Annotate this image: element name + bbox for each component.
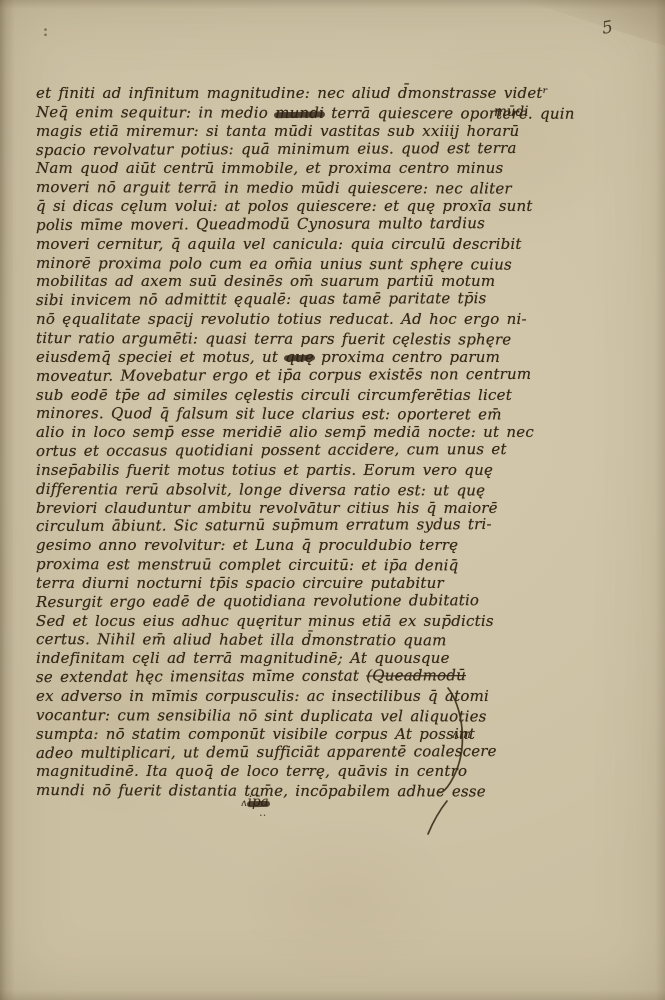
- manuscript-line: certus. Nihil em̄ aliud habet illa d̄mon…: [36, 630, 488, 650]
- line-text: gesimo anno revolvitur: et Luna q̄ procu…: [36, 536, 458, 554]
- margin-note: mūdi: [494, 104, 528, 120]
- line-text: alio in loco semp̄ esse meridiē alio sem…: [36, 423, 534, 441]
- manuscript-line: polis mīme moveri. Queadmodū Cynosura mu…: [36, 214, 488, 235]
- line-text: titur ratio argumēti: quasi terra pars f…: [36, 329, 511, 348]
- manuscript-line: circulum ābiunt. Sic saturnū sup̄mum err…: [36, 515, 488, 536]
- manuscript-line: et finiti ad infinitum magnitudine: nec …: [36, 84, 488, 103]
- manuscript-line: proxima est menstruū complet circuitū: e…: [36, 555, 488, 575]
- margin-bracket-mark: [426, 680, 490, 842]
- manuscript-line: minorē proxima polo cum ea om̄ia unius s…: [36, 254, 488, 274]
- line-text: Nam quod aiūt centrū immobile, et proxim…: [36, 159, 503, 177]
- line-text: magnitudinē. Ita quoq̄ de loco terrę, qu…: [36, 762, 467, 780]
- line-text: ortus et occasus quotidiani possent acci…: [36, 440, 507, 460]
- line-text: Resurgit ergo eadē de quotidiana revolut…: [36, 591, 479, 611]
- manuscript-line: magnitudinē. Ita quoq̄ de loco terrę, qu…: [36, 762, 488, 781]
- manuscript-line: ortus et occasus quotidiani possent acci…: [36, 440, 488, 461]
- manuscript-line: moveri cernitur, q̄ aquila vel canicula:…: [36, 235, 488, 254]
- struck-word: mundi: [275, 104, 324, 122]
- line-text: moveri cernitur, q̄ aquila vel canicula:…: [36, 235, 522, 253]
- manuscript-line: q̄ si dicas cęlum volui: at polos quiesc…: [36, 197, 488, 216]
- line-text: polis mīme moveri. Queadmodū Cynosura mu…: [36, 214, 485, 234]
- line-text: et finiti ad infinitum magnitudine: nec …: [36, 84, 548, 102]
- line-text: certus. Nihil em̄ aliud habet illa d̄mon…: [36, 630, 447, 649]
- line-text: sumpta: nō statim componūt visibile corp…: [36, 725, 475, 743]
- ink-speck: [44, 28, 47, 36]
- manuscript-line: sub eodē tp̄e ad similes cęlestis circul…: [36, 386, 488, 405]
- line-text: sub eodē tp̄e ad similes cęlestis circul…: [36, 386, 512, 404]
- line-text: moveri nō arguit terrā in medio mūdi qui…: [36, 178, 512, 197]
- manuscript-line: nō ęqualitate spacij revolutio totius re…: [36, 310, 488, 329]
- manuscript-line: minores. Quod q̄ falsum sit luce clarius…: [36, 404, 488, 424]
- line-text: se extendat hęc imensitas mīme constat: [36, 667, 366, 686]
- manuscript-line: magis etiā miremur: si tanta mūdi vastit…: [36, 122, 488, 141]
- manuscript-line: insep̄abilis fuerit motus totius et part…: [36, 461, 488, 480]
- manuscript-line: sumpta: nō statim componūt visibile corp…: [36, 725, 488, 744]
- line-text: spacio revolvatur potius: quā minimum ei…: [36, 138, 517, 158]
- line-text: q̄ si dicas cęlum volui: at polos quiesc…: [36, 197, 533, 215]
- manuscript-line: ex adverso in mīmis corpusculis: ac inse…: [36, 687, 488, 706]
- line-text: differentia rerū absolvit, longe diversa…: [36, 480, 485, 499]
- manuscript-line: se extendat hęc imensitas mīme constat (…: [36, 666, 488, 687]
- manuscript-line: moveatur. Movebatur ergo et ip̄a corpus …: [36, 365, 488, 386]
- line-text: minores. Quod q̄ falsum sit luce clarius…: [36, 404, 502, 423]
- line-text: indefinitam cęli ad terrā magnitudinē; A…: [36, 649, 450, 667]
- line-text: terrā quiescere oportere. quin: [324, 104, 575, 123]
- manuscript-line: adeo multiplicari, ut demū sufficiāt app…: [36, 742, 488, 763]
- line-text: insep̄abilis fuerit motus totius et part…: [36, 461, 493, 479]
- line-text: eiusdemq̄ speciei et motus, ut: [36, 348, 285, 366]
- manuscript-line: Sed et locus eius adhuc quęritur minus e…: [36, 612, 488, 631]
- line-text: nō ęqualitate spacij revolutio totius re…: [36, 310, 527, 328]
- line-text: vocantur: cum sensibilia nō sint duplica…: [36, 706, 487, 725]
- line-text: circulum ābiunt. Sic saturnū sup̄mum err…: [36, 515, 492, 535]
- manuscript-line: Nam quod aiūt centrū immobile, et proxim…: [36, 159, 488, 178]
- manuscript-line: differentia rerū absolvit, longe diversa…: [36, 480, 488, 500]
- manuscript-line: terra diurni nocturni tp̄is spacio circu…: [36, 574, 488, 593]
- line-text: mobilitas ad axem suū desinēs om̄ suarum…: [36, 272, 495, 290]
- manuscript-line: sibi invicem nō admittit ęqualē: quas ta…: [36, 289, 488, 310]
- manuscript-line: gesimo anno revolvitur: et Luna q̄ procu…: [36, 536, 488, 555]
- manuscript-line: moveri nō arguit terrā in medio mūdi qui…: [36, 178, 488, 198]
- manuscript-line: alio in loco semp̄ esse meridiē alio sem…: [36, 423, 488, 442]
- line-text: ex adverso in mīmis corpusculis: ac inse…: [36, 687, 489, 705]
- caret-mark: ʌ: [241, 798, 247, 809]
- page-corner-shade: [505, 0, 665, 46]
- manuscript-line: spacio revolvatur potius: quā minimum ei…: [36, 139, 488, 160]
- struck-word: quę: [285, 348, 314, 366]
- line-text: proxima centro parum: [314, 348, 500, 366]
- manuscript-line: eiusdemq̄ speciei et motus, ut quę proxi…: [36, 348, 488, 367]
- line-text: sibi invicem nō admittit ęqualē: quas ta…: [36, 289, 487, 309]
- text-block: et finiti ad infinitum magnitudine: nec …: [36, 84, 488, 800]
- line-text: breviori clauduntur ambitu revolvātur ci…: [36, 499, 498, 517]
- manuscript-line: Neq̄ enim sequitur: in medio mundi terrā…: [36, 103, 488, 123]
- manuscript-line: vocantur: cum sensibilia nō sint duplica…: [36, 706, 488, 726]
- line-text: Sed et locus eius adhuc quęritur minus e…: [36, 612, 494, 630]
- manuscript-line: titur ratio argumēti: quasi terra pars f…: [36, 329, 488, 349]
- line-text: terra diurni nocturni tp̄is spacio circu…: [36, 574, 444, 592]
- line-text: moveatur. Movebatur ergo et ip̄a corpus …: [36, 364, 531, 384]
- manuscript-line: Resurgit ergo eadē de quotidiana revolut…: [36, 591, 488, 612]
- manuscript-page: 5 et finiti ad infinitum magnitudine: ne…: [0, 0, 665, 1000]
- line-text: Neq̄ enim sequitur: in medio: [36, 103, 275, 122]
- catchword-dots: ‥: [259, 806, 268, 819]
- line-text: minorē proxima polo cum ea om̄ia unius s…: [36, 254, 512, 273]
- line-text: magis etiā miremur: si tanta mūdi vastit…: [36, 122, 519, 140]
- line-text: proxima est menstruū complet circuitū: e…: [36, 555, 459, 574]
